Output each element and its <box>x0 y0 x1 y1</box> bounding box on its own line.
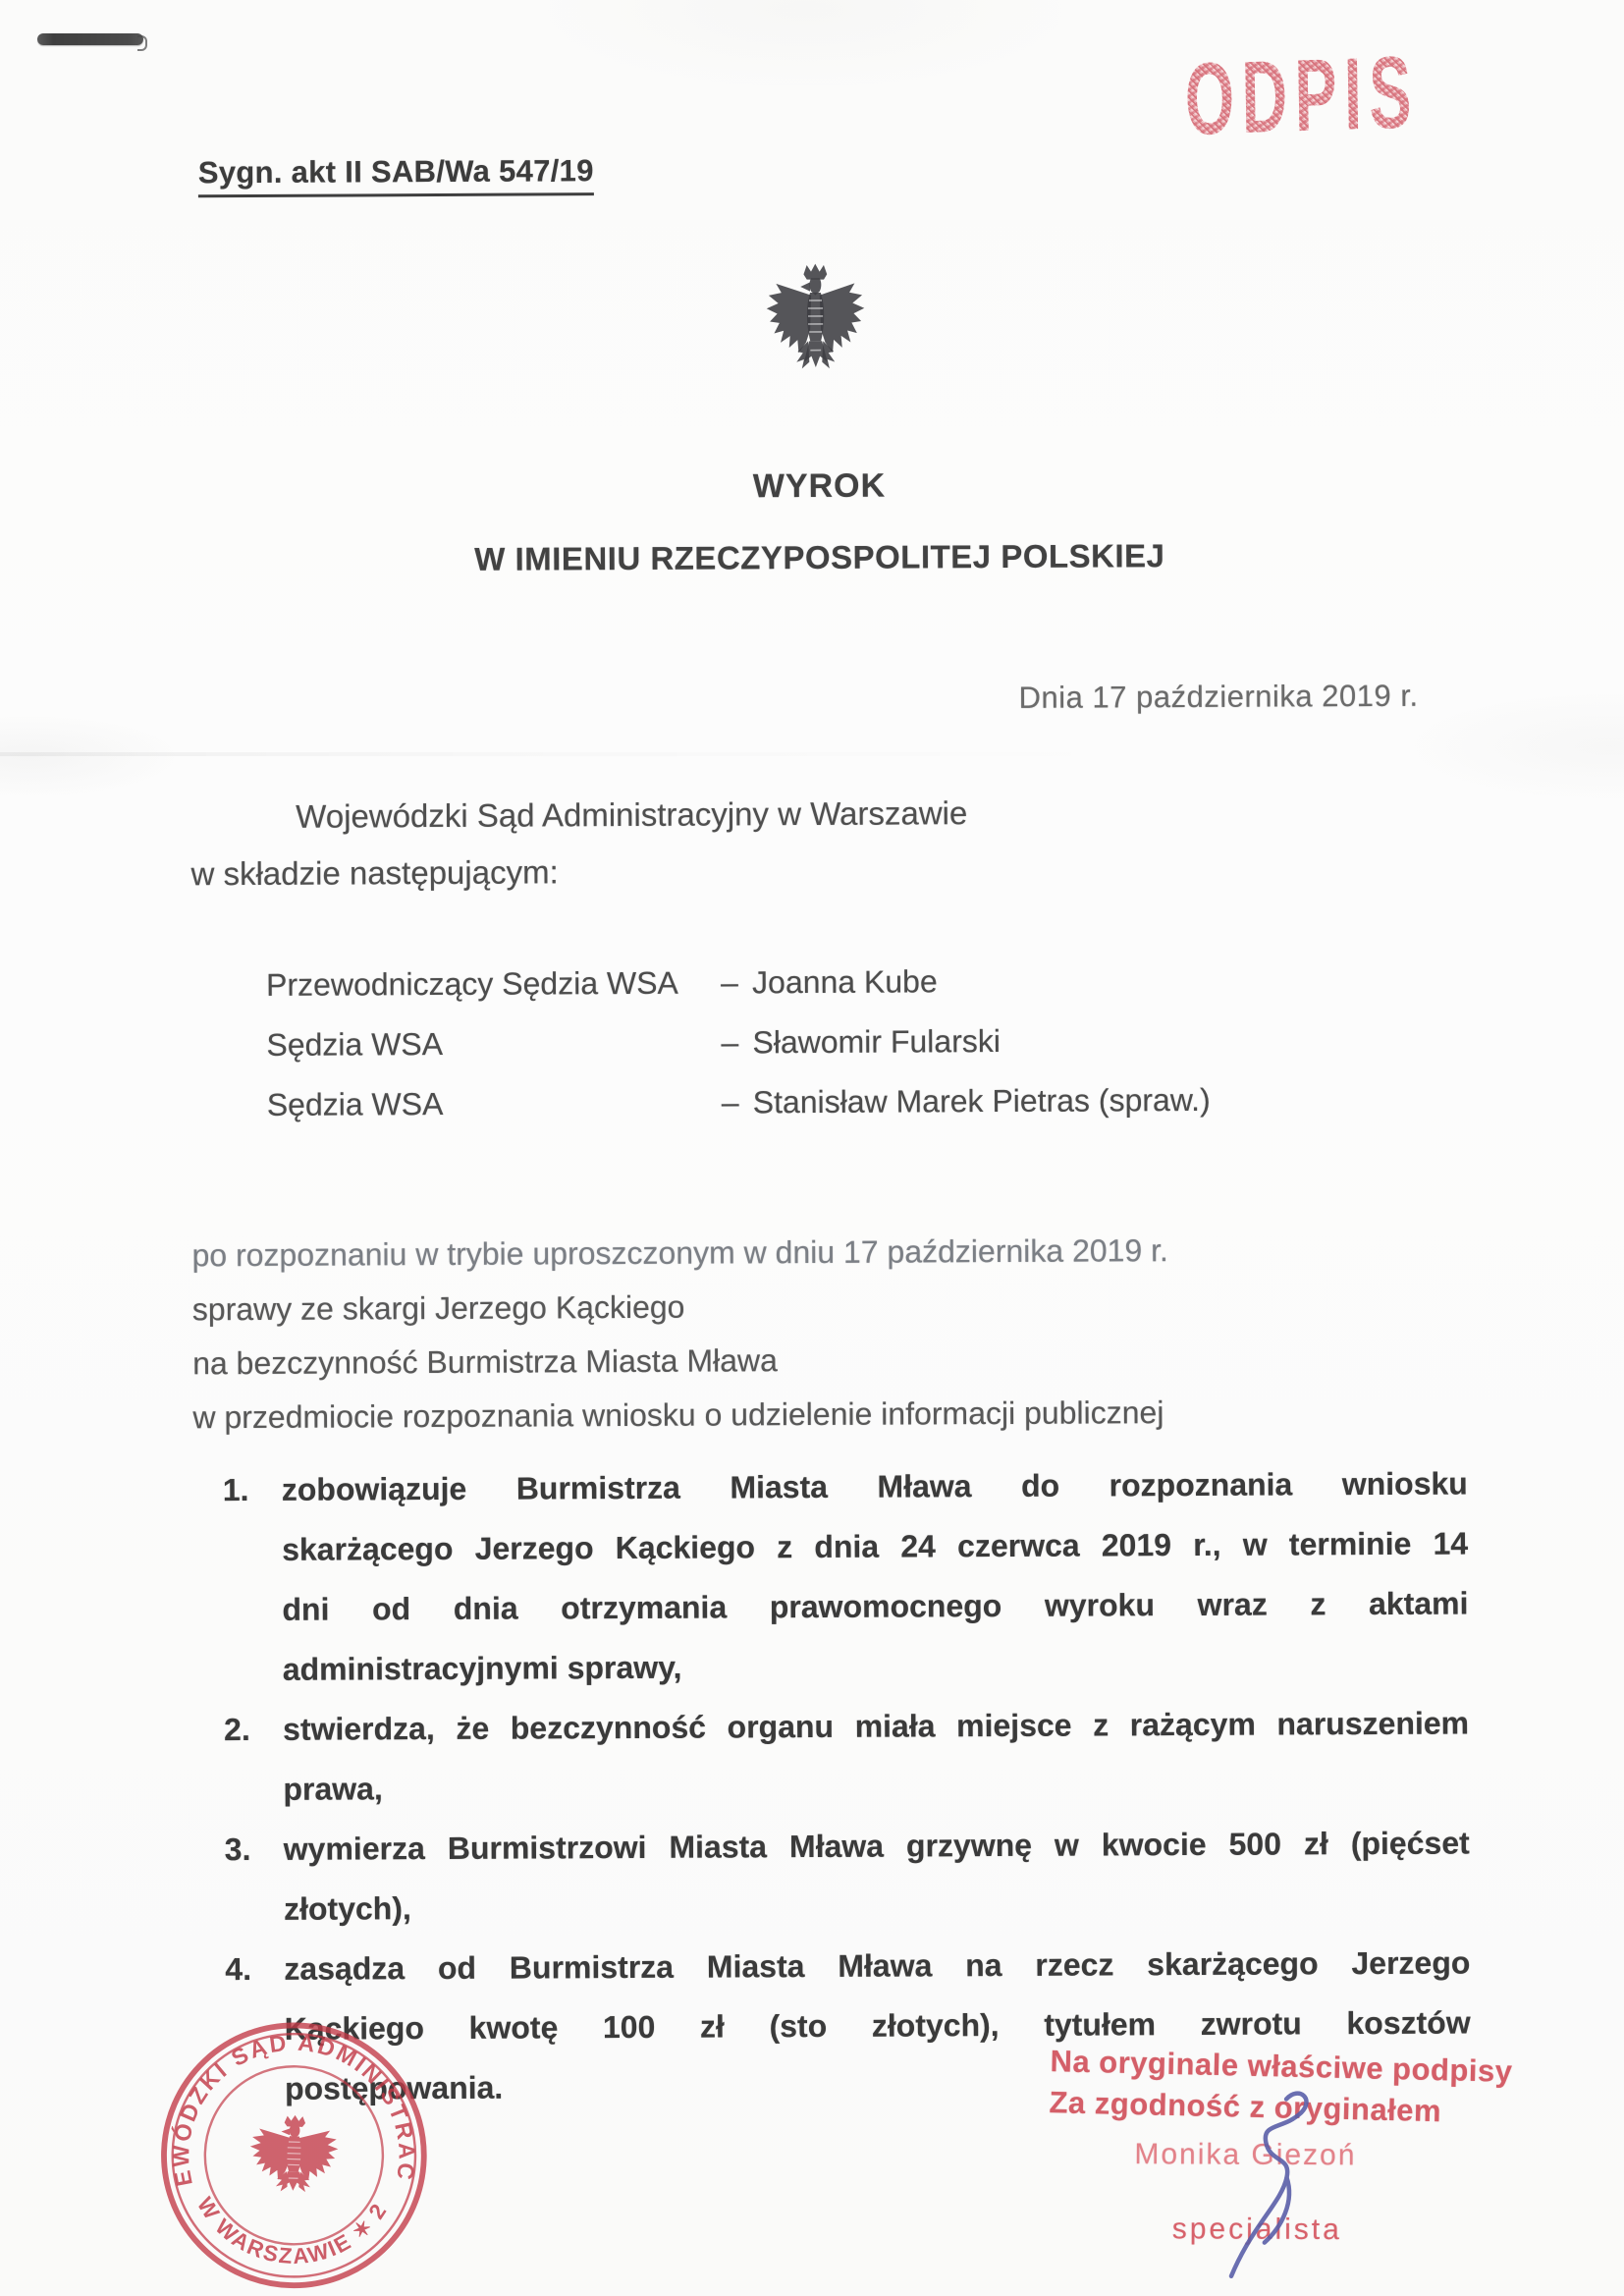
ruling-line: zasądza od Burmistrza Miasta Mława na rz… <box>284 1934 1470 1999</box>
judge-name: Stanisław Marek Pietras (spraw.) <box>753 1082 1211 1121</box>
judge-row: Przewodniczący Sędzia WSA – Joanna Kube <box>266 962 1210 1027</box>
judge-role: Sędzia WSA <box>267 1084 722 1122</box>
judge-role: Sędzia WSA <box>266 1024 721 1063</box>
ruling-item: 1. zobowiązuje Burmistrza Miasta Mława d… <box>223 1454 1469 1701</box>
judge-name: Sławomir Fularski <box>752 1023 1001 1061</box>
judges-panel: Przewodniczący Sędzia WSA – Joanna Kube … <box>266 962 1211 1147</box>
dash-separator: – <box>722 1084 753 1121</box>
ruling-line: skarżącego Jerzego Kąckiego z dnia 24 cz… <box>282 1514 1468 1580</box>
ruling-item: 3. wymierza Burmistrzowi Miasta Mława gr… <box>225 1814 1471 1941</box>
judge-name: Joanna Kube <box>752 963 938 1001</box>
national-emblem-eagle-icon <box>763 261 868 372</box>
ruling-line: dni od dnia otrzymania prawomocnego wyro… <box>282 1574 1468 1640</box>
judgment-title: WYROK <box>0 464 1621 511</box>
odpis-copy-stamp: ODPIS <box>1184 41 1419 151</box>
case-number: Sygn. akt II SAB/Wa 547/19 <box>198 153 594 197</box>
signature-ink <box>1193 2087 1341 2289</box>
dash-separator: – <box>721 964 752 1001</box>
ruling-line: stwierdza, że bezczynność organu miała m… <box>283 1694 1469 1760</box>
round-stamp-text-top: WOJEWÓDZKI SĄD ADMINISTRACYJNY <box>150 2011 425 2196</box>
judge-row: Sędzia WSA – Sławomir Fularski <box>266 1022 1210 1087</box>
case-description: po rozpoznaniu w trybie uproszczonym w d… <box>191 1224 1168 1445</box>
case-line: w przedmiocie rozpoznania wniosku o udzi… <box>192 1386 1169 1445</box>
ruling-line: prawa, <box>283 1754 1469 1820</box>
judge-row: Sędzia WSA – Stanisław Marek Pietras (sp… <box>267 1082 1211 1147</box>
svg-text:WOJEWÓDZKI SĄD ADMINISTRACYJNY: WOJEWÓDZKI SĄD ADMINISTRACYJNY <box>150 2011 425 2196</box>
ruling-line: administracyjnymi sprawy, <box>283 1634 1469 1700</box>
dash-separator: – <box>721 1024 752 1061</box>
court-round-stamp: WOJEWÓDZKI SĄD ADMINISTRACYJNY ✶ W WARSZ… <box>150 2011 439 2296</box>
ruling-line: wymierza Burmistrzowi Miasta Mława grzyw… <box>284 1814 1470 1880</box>
ruling-number: 3. <box>225 1820 251 1880</box>
judgment-date: Dnia 17 października 2019 r. <box>1019 679 1419 716</box>
judgment-subtitle: W IMIENIU RZECZYPOSPOLITEJ POLSKIEJ <box>0 535 1621 581</box>
court-name: Wojewódzki Sąd Administracyjny w Warszaw… <box>296 794 967 836</box>
judge-role: Przewodniczący Sędzia WSA <box>266 964 721 1003</box>
ruling-line: zobowiązuje Burmistrza Miasta Mława do r… <box>282 1454 1468 1520</box>
ruling-item: 2. stwierdza, że bezczynność organu miał… <box>224 1694 1470 1821</box>
panel-intro: w składzie następującym: <box>190 853 558 893</box>
round-stamp-eagle-icon <box>249 2114 340 2193</box>
ruling-line: złotych), <box>284 1874 1470 1940</box>
ruling-number: 4. <box>225 1940 251 1999</box>
case-line: sprawy ze skargi Jerzego Kąckiego <box>192 1278 1169 1337</box>
ruling-number: 1. <box>223 1460 249 1520</box>
document-page: Sygn. akt II SAB/Wa 547/19 ODPIS WYROK W… <box>0 0 1624 2296</box>
case-line: na bezczynność Burmistrza Miasta Mława <box>192 1332 1169 1391</box>
ruling-number: 2. <box>224 1700 250 1760</box>
case-line: po rozpoznaniu w trybie uproszczonym w d… <box>191 1224 1168 1283</box>
